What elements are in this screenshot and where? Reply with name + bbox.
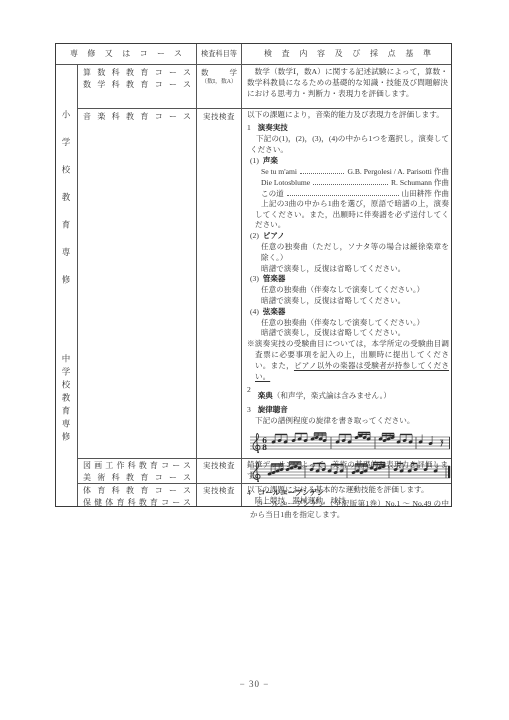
music-intro: 以下の課題により，音楽的能力及び表現力を評価します。 — [247, 110, 449, 121]
section-number: 3 — [247, 405, 251, 416]
course-name: 音楽科教育コース — [83, 111, 191, 123]
subsection-title: 弦楽器 — [263, 307, 286, 318]
section-title: 演奏実技 — [258, 123, 288, 134]
exam-criteria-table: 専修又はコース 検査科目等 検査内容及び採点基準 小学校教育専修 中学校教育専修… — [55, 43, 452, 507]
subject-label: 実技検査 — [201, 485, 237, 496]
subsection-wind: (3) 管楽器 — [250, 274, 449, 285]
row-math-courses: 算数科教育コース 数学科教育コース — [78, 64, 196, 108]
subsection-number: (1) — [250, 156, 259, 167]
song-entry: Se tu m'ami G.B. Pergolesi / A. Parisott… — [261, 166, 449, 177]
subject-label: 実技検査 — [201, 460, 237, 471]
piano-line2: 暗譜で演奏し，反復は省略してください。 — [261, 264, 449, 275]
row-pe-subject: 実技検査 — [197, 483, 241, 508]
dotted-leader — [300, 173, 344, 174]
subsection-title: 声楽 — [263, 156, 278, 167]
subsection-strings: (4) 弦楽器 — [250, 307, 449, 318]
subsection-number: (3) — [250, 274, 259, 285]
course-name: 算数科教育コース — [83, 67, 191, 79]
song-entry: この道 山田耕筰 作曲 — [261, 188, 449, 199]
song-title: Die Lotosblume — [261, 178, 310, 187]
wind-line1: 任意の独奏曲（伴奏なしで演奏してください。） — [261, 285, 449, 296]
subsection-title: ピアノ — [263, 231, 285, 242]
major-elementary-school-education: 小学校教育専修 — [60, 110, 72, 303]
course-name: 保健体育科教育コース — [83, 497, 191, 509]
major-junior-high-school-education: 中学校教育専修 — [60, 354, 72, 445]
section-dictation: 3 旋律聴音 — [247, 405, 449, 416]
dictation-lead: 下記の譜例程度の旋律を書き取ってください。 — [255, 416, 449, 427]
section-title: 楽典 — [258, 391, 273, 400]
row-music-subject: 実技検査 — [197, 108, 241, 458]
song-title: Se tu m'ami — [261, 167, 297, 176]
song-composer: 山田耕筰 作曲 — [402, 188, 449, 199]
subsection-number: (2) — [250, 231, 259, 242]
melody-staff-1: 68 — [249, 430, 451, 456]
strings-line2: 暗譜で演奏し，反復は省略してください。 — [261, 328, 449, 339]
song-composer: G.B. Pergolesi / A. Parisotti 作曲 — [347, 166, 449, 177]
scanned-exam-page: { "page": { "footer": "− 30 −" }, "table… — [0, 0, 509, 720]
description-text: 鉛筆デッサンによって，美術の基礎的な表現力を評価します。 — [247, 460, 448, 482]
row-math-subject: 数学 （数Ⅰ，数A） — [197, 64, 241, 108]
description-text: 以下の課題における基本的な運動技能を評価します。 — [247, 485, 448, 496]
subject-label: 実技検査 — [201, 111, 237, 122]
row-music-courses: 音楽科教育コース — [78, 108, 196, 458]
course-name: 数学科教育コース — [83, 79, 191, 91]
section-number: 2 — [247, 385, 251, 403]
song-entry: Die Lotosblume R. Schumann 作曲 — [261, 177, 449, 188]
section-theory: 2 楽典（和声学，楽式論は含みません。） — [247, 385, 449, 403]
row-math-description: 数学（数学Ⅰ，数A）に関する記述試験によって，算数・数学科教員になるための基礎的… — [242, 64, 453, 108]
subsection-piano: (2) ピアノ — [250, 231, 449, 242]
row-pe-courses: 体育科教育コース 保健体育科教育コース — [78, 483, 196, 508]
section-number: 1 — [247, 123, 251, 134]
song-composer: R. Schumann 作曲 — [391, 177, 449, 188]
strings-line1: 任意の独奏曲（伴奏なしで演奏してください。） — [261, 318, 449, 329]
vocal-note: 上記の3曲の中から1曲を選び，原語で暗譜の上，演奏してください。また，出願時に伴… — [255, 199, 449, 231]
subject-sub-label: （数Ⅰ，数A） — [201, 78, 237, 86]
subsection-vocal: (1) 声楽 — [250, 156, 449, 167]
course-name: 体育科教育コース — [83, 485, 191, 497]
section-title: 旋律聴音 — [258, 405, 288, 416]
performance-lead: 下記の(1)，(2)，(3)，(4)の中から1つを選択し，演奏してください。 — [250, 134, 449, 156]
description-text: 数学（数学Ⅰ，数A）に関する記述試験によって，算数・数学科教員になるための基礎的… — [247, 67, 448, 99]
svg-text:8: 8 — [262, 443, 267, 452]
subject-label: 数学 — [201, 67, 237, 78]
section-suffix: （和声学，楽式論は含みません。） — [273, 391, 391, 400]
wind-line2: 暗譜で演奏し，反復は省略してください。 — [261, 296, 449, 307]
header-criteria-column: 検査内容及び採点基準 — [242, 44, 453, 64]
row-art-description: 鉛筆デッサンによって，美術の基礎的な表現力を評価します。 — [242, 458, 453, 483]
header-course-column: 専修又はコース — [56, 44, 196, 64]
description-text: 陸上競技，器械運動，球技 — [247, 496, 448, 507]
row-art-subject: 実技検査 — [197, 458, 241, 483]
course-name: 図画工作科教育コース — [83, 460, 191, 472]
song-title: この道 — [261, 188, 284, 199]
course-name: 美術科教育コース — [83, 472, 191, 484]
page-number: − 30 − — [0, 679, 509, 689]
dotted-leader — [287, 195, 399, 196]
row-art-courses: 図画工作科教育コース 美術科教育コース — [78, 458, 196, 483]
subsection-title: 管楽器 — [263, 274, 286, 285]
piano-line1: 任意の独奏曲（ただし，ソナタ等の場合は緩徐楽章を除く。） — [261, 242, 449, 264]
row-pe-description: 以下の課題における基本的な運動技能を評価します。 陸上競技，器械運動，球技 — [242, 483, 453, 508]
performance-general-note: ※演奏実技の受験曲目については，本学所定の受験曲目調査票に必要事項を記入の上，出… — [247, 339, 449, 382]
section-performance: 1 演奏実技 — [247, 123, 449, 134]
dotted-leader — [313, 184, 388, 185]
header-subject-column: 検査科目等 — [197, 44, 241, 64]
subsection-number: (4) — [250, 307, 259, 318]
